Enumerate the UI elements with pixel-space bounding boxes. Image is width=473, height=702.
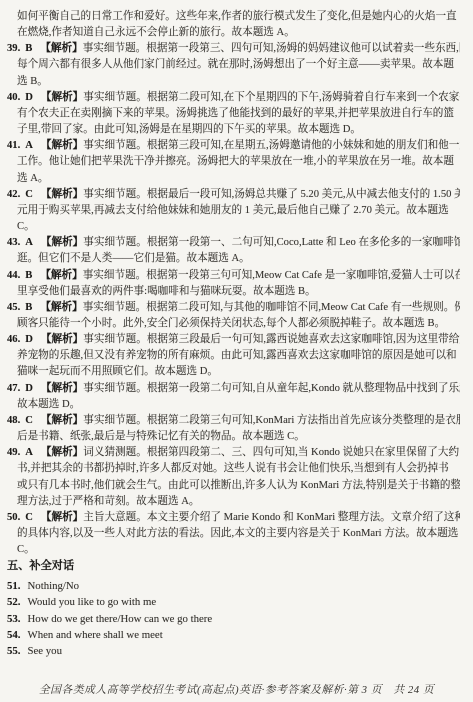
answer-line: 47.D【解析】事实细节题。根据第一段第二句可知,自从童年起,Kondo 就从整… [7, 381, 460, 397]
analysis-text: 事实细节题。根据第二段第三句可知,KonMari 方法指出首先应该分类整理的是衣… [83, 415, 460, 426]
answer-line: 40.D【解析】事实细节题。根据第二段可知,在下个星期四的下午,汤姆骑着自行车来… [7, 90, 460, 106]
analysis-text: 事实细节题。根据第一段第二句可知,自从童年起,Kondo 就从整理物品中找到了乐… [83, 383, 460, 394]
analysis-tag: 【解析】 [40, 43, 82, 54]
answer-item: 39.B【解析】事实细节题。根据第一段第三、四句可知,汤姆的妈妈建议他可以试着卖… [7, 41, 460, 89]
analysis-tag: 【解析】 [41, 237, 83, 248]
answer-line: 理方法,过于严格和苛刻。故本题选 A。 [7, 494, 460, 510]
analysis-text: 事实细节题。根据第二段可知,与其他的咖啡馆不同,Meow Cat Cafe 有一… [83, 302, 460, 313]
item-number: 45. [7, 302, 20, 313]
dialogue-answer: 55.See you [7, 643, 460, 659]
answer-line: 在燃烧,作者知道自己永远不会停止新的旅行。故本题选 A。 [7, 25, 460, 41]
answer-line: 逛。但它们不是人类——它们是猫。故本题选 A。 [7, 251, 460, 267]
dialogue-answer-text: See you [28, 645, 62, 657]
answer-letter: A [25, 140, 33, 151]
analysis-text: 事实细节题。根据第一段第三、四句可知,汤姆的妈妈建议他可以试着卖一些东西,因为 [83, 43, 460, 54]
answer-line: 有个农夫正在卖刚摘下来的苹果。汤姆挑选了他能找到的最好的苹果,并把苹果放进自行车… [7, 106, 460, 122]
section-heading: 五、补全对话 [7, 558, 460, 576]
item-number: 40. [7, 92, 20, 103]
item-number: 55. [7, 645, 21, 657]
dialogue-answer: 53.How do we get there/How can we go the… [7, 611, 460, 627]
answer-letter: B [25, 302, 32, 313]
answer-letter: C [25, 189, 33, 200]
analysis-text: 词义猜测题。根据第四段第二、三、四句可知,当 Kondo 说她只在家里保留了大约… [83, 447, 460, 458]
item-number: 44. [7, 270, 20, 281]
dialogue-answer: 51.Nothing/No [7, 578, 460, 594]
answer-letter: D [25, 383, 33, 394]
answer-line: 子里,带回了家。由此可知,汤姆是在星期四的下午买的苹果。故本题选 D。 [7, 122, 460, 138]
answer-line: 猫咪一起玩而不用照顾它们。故本题选 D。 [7, 364, 460, 380]
answer-item: 44.B【解析】事实细节题。根据第一段第三句可知,Meow Cat Cafe 是… [7, 268, 460, 300]
answer-line: 里享受他们最喜欢的两件事:喝咖啡和与猫咪玩耍。故本题选 B。 [7, 284, 460, 300]
analysis-text: 事实细节题。根据最后一段可知,汤姆总共赚了 5.20 美元,从中减去他支付的 1… [83, 189, 460, 200]
answer-item: 46.D【解析】事实细节题。根据第三段最后一句可知,露西说她喜欢去这家咖啡馆,因… [7, 332, 460, 380]
answer-line: 50.C【解析】主旨大意题。本文主要介绍了 Marie Kondo 和 KonM… [7, 510, 460, 526]
answer-item: 43.A【解析】事实细节题。根据第一段第一、二句可知,Coco,Latte 和 … [7, 235, 460, 267]
analysis-text: 事实细节题。根据第三段最后一句可知,露西说她喜欢去这家咖啡馆,因为这里带给她 [83, 334, 460, 345]
answer-line: 如何平衡自己的日常工作和爱好。这些年来,作者的旅行模式发生了变化,但是她内心的火… [7, 9, 460, 25]
answer-line: 45.B【解析】事实细节题。根据第二段可知,与其他的咖啡馆不同,Meow Cat… [7, 300, 460, 316]
answer-line: 41.A【解析】事实细节题。根据第三段可知,在星期五,汤姆邀请他的小妹妹和她的朋… [7, 138, 460, 154]
item-number: 42. [7, 189, 20, 200]
answer-item: 40.D【解析】事实细节题。根据第二段可知,在下个星期四的下午,汤姆骑着自行车来… [7, 90, 460, 138]
item-number: 53. [7, 613, 21, 625]
answer-line: 选 A。 [7, 171, 460, 187]
answer-letter: A [25, 447, 33, 458]
continuation-block: 如何平衡自己的日常工作和爱好。这些年来,作者的旅行模式发生了变化,但是她内心的火… [7, 9, 460, 41]
analysis-text: 事实细节题。根据第二段可知,在下个星期四的下午,汤姆骑着自行车来到一个农家摊。 [83, 92, 460, 103]
item-number: 46. [7, 334, 20, 345]
answer-line: 39.B【解析】事实细节题。根据第一段第三、四句可知,汤姆的妈妈建议他可以试着卖… [7, 41, 460, 57]
analysis-text: 事实细节题。根据第一段第一、二句可知,Coco,Latte 和 Leo 在多伦多… [83, 237, 460, 248]
item-number: 48. [7, 415, 20, 426]
answer-letter: C [25, 415, 33, 426]
analysis-tag: 【解析】 [40, 270, 82, 281]
answer-line: 的具体内容,以及一些人对此方法的看法。因此,本文的主要内容是关于 KonMari… [7, 526, 460, 542]
analysis-tag: 【解析】 [41, 334, 83, 345]
answer-line: 42.C【解析】事实细节题。根据最后一段可知,汤姆总共赚了 5.20 美元,从中… [7, 187, 460, 203]
answer-line: 48.C【解析】事实细节题。根据第二段第三句可知,KonMari 方法指出首先应… [7, 413, 460, 429]
item-number: 47. [7, 383, 20, 394]
item-number: 43. [7, 237, 20, 248]
answer-line: 46.D【解析】事实细节题。根据第三段最后一句可知,露西说她喜欢去这家咖啡馆,因… [7, 332, 460, 348]
item-number: 39. [7, 43, 20, 54]
item-number: 49. [7, 447, 20, 458]
answer-letter: D [25, 92, 33, 103]
answer-sheet-page: 如何平衡自己的日常工作和爱好。这些年来,作者的旅行模式发生了变化,但是她内心的火… [0, 0, 473, 702]
dialogue-answer-text: How do we get there/How can we go there [28, 613, 213, 625]
answer-line: 选 B。 [7, 74, 460, 90]
analysis-text: 事实细节题。根据第三段可知,在星期五,汤姆邀请他的小妹妹和她的朋友们和他一起 [83, 140, 460, 151]
answer-line: C。 [7, 219, 460, 235]
answer-line: 或只有几本书时,他们就会生气。由此可以推断出,许多人认为 KonMari 方法,… [7, 478, 460, 494]
dialogue-answer: 52.Would you like to go with me [7, 594, 460, 610]
analysis-tag: 【解析】 [41, 92, 83, 103]
answer-line: 工作。他让她们把苹果洗干净并擦亮。汤姆把大的苹果放在一堆,小的苹果放在另一堆。故… [7, 154, 460, 170]
answer-letter: B [25, 43, 32, 54]
dialogue-list: 51.Nothing/No52.Would you like to go wit… [7, 578, 460, 660]
analysis-tag: 【解析】 [41, 512, 83, 523]
answer-line: C。 [7, 542, 460, 558]
answer-line: 故本题选 D。 [7, 397, 460, 413]
answer-line: 49.A【解析】词义猜测题。根据第四段第二、三、四句可知,当 Kondo 说她只… [7, 445, 460, 461]
answer-line: 43.A【解析】事实细节题。根据第一段第一、二句可知,Coco,Latte 和 … [7, 235, 460, 251]
answer-letter: B [25, 270, 32, 281]
analysis-text: 事实细节题。根据第一段第三句可知,Meow Cat Cafe 是一家咖啡馆,爱猫… [83, 270, 460, 281]
answer-line: 养宠物的乐趣,但又没有养宠物的所有麻烦。由此可知,露西喜欢去这家咖啡馆的原因是她… [7, 348, 460, 364]
answer-line: 书,并把其余的书都扔掉时,许多人都反对她。这些人说有书会让他们快乐,当想到有人会… [7, 461, 460, 477]
answer-item: 49.A【解析】词义猜测题。根据第四段第二、三、四句可知,当 Kondo 说她只… [7, 445, 460, 510]
answer-line: 顾客只能待一个小时。此外,安全门必须保持关闭状态,每个人都必须脱掉鞋子。故本题选… [7, 316, 460, 332]
analysis-tag: 【解析】 [40, 302, 82, 313]
item-number: 51. [7, 580, 21, 592]
answer-line: 元用于购买苹果,再减去支付给他妹妹和她朋友的 1 美元,最后他自己赚了 2.70… [7, 203, 460, 219]
page-footer: 全国各类成人高等学校招生考试(高起点)英语·参考答案及解析·第 3 页 共 24… [0, 682, 473, 697]
analysis-tag: 【解析】 [41, 415, 83, 426]
dialogue-answer: 54.When and where shall we meet [7, 627, 460, 643]
analysis-tag: 【解析】 [41, 383, 83, 394]
dialogue-answer-text: Would you like to go with me [28, 596, 157, 608]
answer-item: 42.C【解析】事实细节题。根据最后一段可知,汤姆总共赚了 5.20 美元,从中… [7, 187, 460, 235]
answer-item: 47.D【解析】事实细节题。根据第一段第二句可知,自从童年起,Kondo 就从整… [7, 381, 460, 413]
analysis-text: 主旨大意题。本文主要介绍了 Marie Kondo 和 KonMari 整理方法… [83, 512, 460, 523]
answer-item: 41.A【解析】事实细节题。根据第三段可知,在星期五,汤姆邀请他的小妹妹和她的朋… [7, 138, 460, 186]
answer-letter: D [25, 334, 33, 345]
dialogue-answer-text: Nothing/No [28, 580, 80, 592]
analysis-tag: 【解析】 [41, 447, 83, 458]
answer-item: 50.C【解析】主旨大意题。本文主要介绍了 Marie Kondo 和 KonM… [7, 510, 460, 558]
item-number: 41. [7, 140, 20, 151]
answer-line: 后是书籍、纸张,最后是与特殊记忆有关的物品。故本题选 C。 [7, 429, 460, 445]
dialogue-answer-text: When and where shall we meet [28, 629, 163, 641]
analysis-tag: 【解析】 [41, 189, 83, 200]
answer-item: 45.B【解析】事实细节题。根据第二段可知,与其他的咖啡馆不同,Meow Cat… [7, 300, 460, 332]
analysis-tag: 【解析】 [41, 140, 83, 151]
item-number: 54. [7, 629, 21, 641]
answer-line: 44.B【解析】事实细节题。根据第一段第三句可知,Meow Cat Cafe 是… [7, 268, 460, 284]
answer-letter: A [25, 237, 33, 248]
answer-item: 48.C【解析】事实细节题。根据第二段第三句可知,KonMari 方法指出首先应… [7, 413, 460, 445]
answer-letter: C [25, 512, 33, 523]
item-number: 52. [7, 596, 21, 608]
answer-items: 39.B【解析】事实细节题。根据第一段第三、四句可知,汤姆的妈妈建议他可以试着卖… [7, 41, 460, 558]
answer-line: 每个周六都有很多人从他们家门前经过。就在那时,汤姆想出了一个好主意——卖苹果。故… [7, 57, 460, 73]
item-number: 50. [7, 512, 20, 523]
